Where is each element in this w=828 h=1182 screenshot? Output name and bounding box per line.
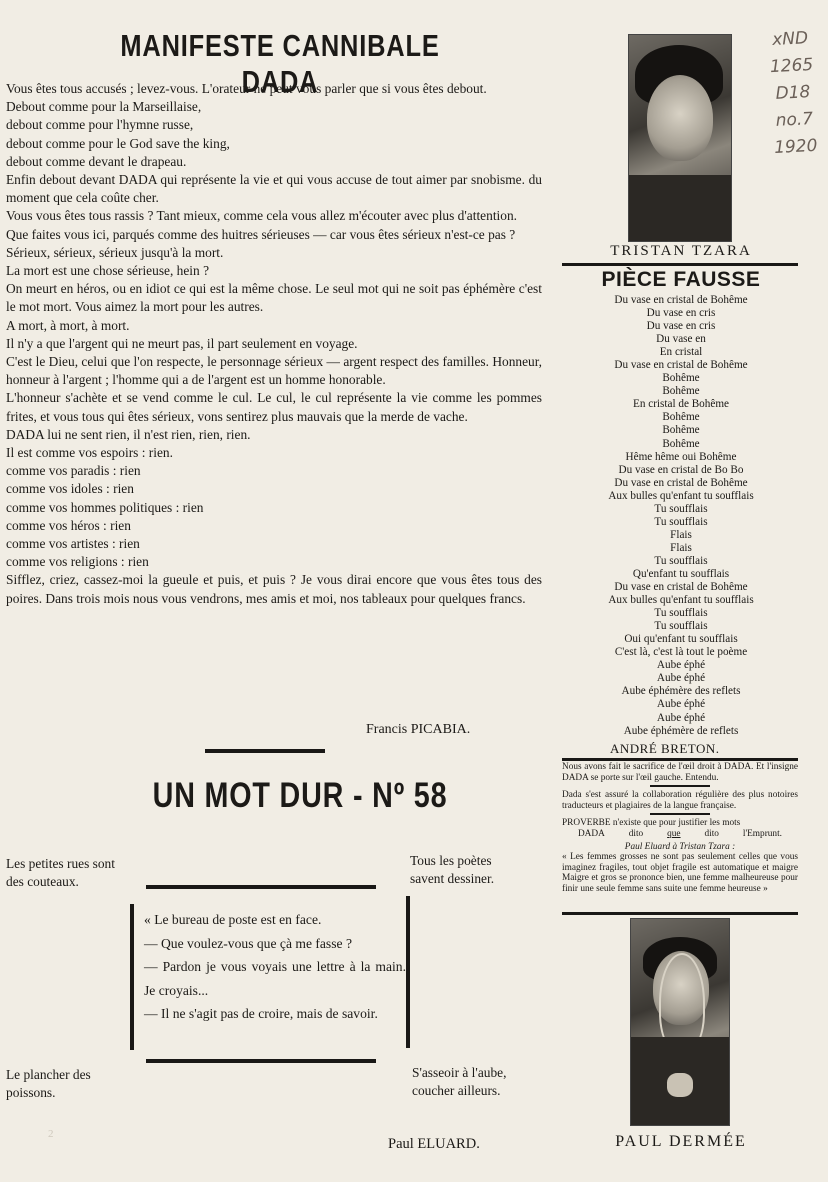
text-line: D18 bbox=[759, 78, 826, 108]
text-line: coucher ailleurs. bbox=[412, 1082, 506, 1100]
poem-line: Flais bbox=[566, 529, 796, 542]
paragraph: Enfin debout devant DADA qui représente … bbox=[6, 171, 542, 207]
poem-line: Du vase en cristal de Bohême bbox=[566, 477, 796, 490]
poem-line: Aube éphémère des reflets bbox=[566, 685, 796, 698]
text-line: Le plancher des bbox=[6, 1066, 91, 1084]
note-oeil: Nous avons fait le sacrifice de l'œil dr… bbox=[562, 762, 798, 783]
dialog-right-rule bbox=[406, 896, 410, 1048]
poem-line: Bohême bbox=[566, 411, 796, 424]
text-fragment: DADA bbox=[578, 829, 605, 840]
corner-bottom-right: S'asseoir à l'aube, coucher ailleurs. bbox=[412, 1064, 506, 1100]
dialog-top-rule bbox=[146, 885, 376, 889]
poem-line: Du vase en cristal de Bohême bbox=[566, 359, 796, 372]
poem-line: Aube éphémère de reflets bbox=[566, 725, 796, 738]
portrait-caption-dermee: PAUL DERMÉE bbox=[566, 1133, 796, 1151]
poem-line: En cristal de Bohême bbox=[566, 398, 796, 411]
text-line: S'asseoir à l'aube, bbox=[412, 1064, 506, 1082]
poem-line: Du vase en cristal de Bo Bo bbox=[566, 464, 796, 477]
poem-line: Bohême bbox=[566, 438, 796, 451]
text-fragment: dito bbox=[629, 829, 643, 840]
dialogue-line: — Que voulez-vous que çà me fasse ? bbox=[144, 932, 406, 956]
paragraph: A mort, à mort, à mort. bbox=[6, 317, 542, 335]
paragraph: Debout comme pour la Marseillaise, bbox=[6, 98, 542, 116]
paragraph: DADA lui ne sent rien, il n'est rien, ri… bbox=[6, 426, 542, 444]
poem-line: Du vase en cris bbox=[566, 320, 796, 333]
divider bbox=[562, 912, 798, 915]
paragraph: Vous êtes tous accusés ; levez-vous. L'o… bbox=[6, 80, 542, 98]
note-collaboration: Dada s'est assuré la collaboration régul… bbox=[562, 790, 798, 811]
piece-fausse-poem: Du vase en cristal de Bohême Du vase en … bbox=[566, 294, 796, 738]
paragraph: comme vos artistes : rien bbox=[6, 535, 542, 553]
poem-line: Aube éphé bbox=[566, 659, 796, 672]
dialogue-line: — Il ne s'agit pas de croire, mais de sa… bbox=[144, 1002, 406, 1026]
text-fragment: dito bbox=[704, 829, 718, 840]
portrait-caption-tzara: TRISTAN TZARA bbox=[566, 243, 796, 260]
note-proverbe-line2: DADA dito que dito l'Emprunt. bbox=[562, 829, 798, 840]
poem-line: C'est là, c'est là tout le poème bbox=[566, 646, 796, 659]
corner-bottom-left: Le plancher des poissons. bbox=[6, 1066, 91, 1102]
portrait-paul-dermee bbox=[630, 918, 730, 1126]
poem-line: En cristal bbox=[566, 346, 796, 359]
poem-line: Aube éphé bbox=[566, 698, 796, 711]
dialogue-box: « Le bureau de poste est en face. — Que … bbox=[144, 908, 406, 1026]
dialog-left-rule bbox=[130, 904, 134, 1050]
divider bbox=[562, 263, 798, 266]
piece-fausse-title: PIÈCE FAUSSE bbox=[566, 268, 796, 292]
piece-fausse-signature: ANDRÉ BRETON. bbox=[610, 741, 720, 757]
paragraph: comme vos hommes politiques : rien bbox=[6, 499, 542, 517]
poem-line: Hême hême oui Bohême bbox=[566, 451, 796, 464]
paragraph: comme vos idoles : rien bbox=[6, 480, 542, 498]
text-line: des couteaux. bbox=[6, 873, 115, 891]
text-fragment: l'Emprunt. bbox=[743, 829, 782, 840]
corner-top-left: Les petites rues sont des couteaux. bbox=[6, 855, 115, 891]
corner-top-right: Tous les poètes savent dessiner. bbox=[410, 852, 494, 888]
dialog-bottom-rule bbox=[146, 1059, 376, 1063]
poem-line: Aux bulles qu'enfant tu soufflais bbox=[566, 594, 796, 607]
page-number: 2 bbox=[48, 1128, 55, 1140]
paragraph: Que faites vous ici, parqués comme des h… bbox=[6, 226, 542, 244]
poem-line: Qu'enfant tu soufflais bbox=[566, 568, 796, 581]
paragraph: Il n'y a que l'argent qui ne meurt pas, … bbox=[6, 335, 542, 353]
poem-line: Tu soufflais bbox=[566, 516, 796, 529]
divider bbox=[650, 813, 710, 815]
poem-line: Flais bbox=[566, 542, 796, 555]
divider bbox=[205, 749, 325, 753]
text-line: Tous les poètes bbox=[410, 852, 494, 870]
paragraph: On meurt en héros, ou en idiot ce qui es… bbox=[6, 280, 542, 316]
poem-line: Bohême bbox=[566, 424, 796, 437]
paragraph: Il est comme vos espoirs : rien. bbox=[6, 444, 542, 462]
divider bbox=[562, 758, 798, 761]
text-line: xND bbox=[757, 24, 824, 54]
poem-line: Du vase en bbox=[566, 333, 796, 346]
poem-line: Aube éphé bbox=[566, 712, 796, 725]
poem-line: Tu soufflais bbox=[566, 607, 796, 620]
text-line: 1265 bbox=[758, 51, 825, 81]
manifeste-signature: Francis PICABIA. bbox=[366, 722, 470, 738]
portrait-tristan-tzara bbox=[628, 34, 732, 242]
paragraph: comme vos paradis : rien bbox=[6, 462, 542, 480]
paragraph: C'est le Dieu, celui que l'on respecte, … bbox=[6, 353, 542, 389]
poem-line: Du vase en cris bbox=[566, 307, 796, 320]
paragraph: La mort est une chose sérieuse, hein ? bbox=[6, 262, 542, 280]
eluard-quote: « Les femmes grosses ne sont pas seuleme… bbox=[562, 852, 798, 894]
eluard-heading: Paul Eluard à Tristan Tzara : bbox=[562, 842, 798, 853]
paragraph: comme vos héros : rien bbox=[6, 517, 542, 535]
paragraph: debout comme pour le God save the king, bbox=[6, 135, 542, 153]
poem-line: Oui qu'enfant tu soufflais bbox=[566, 633, 796, 646]
text-line: savent dessiner. bbox=[410, 870, 494, 888]
poem-line: Bohême bbox=[566, 385, 796, 398]
paragraph: Sérieux, sérieux, sérieux jusqu'à la mor… bbox=[6, 244, 542, 262]
mot-dur-signature: Paul ELUARD. bbox=[388, 1136, 480, 1153]
manifeste-body: Vous êtes tous accusés ; levez-vous. L'o… bbox=[6, 80, 542, 608]
paragraph: L'honneur s'achète et se vend comme le c… bbox=[6, 389, 542, 425]
poem-line: Bohême bbox=[566, 372, 796, 385]
text-line: Les petites rues sont bbox=[6, 855, 115, 873]
mot-dur-title: UN MOT DUR - Nº 58 bbox=[120, 776, 481, 816]
poem-line: Tu soufflais bbox=[566, 620, 796, 633]
dialogue-line: « Le bureau de poste est en face. bbox=[144, 908, 406, 932]
divider bbox=[650, 785, 710, 787]
poem-line: Du vase en cristal de Bohême bbox=[566, 294, 796, 307]
dialogue-line: — Pardon je vous voyais une lettre à la … bbox=[144, 955, 406, 1002]
paragraph: Sifflez, criez, cassez-moi la gueule et … bbox=[6, 571, 542, 607]
editorial-notes: Nous avons fait le sacrifice de l'œil dr… bbox=[562, 762, 798, 895]
paragraph: debout comme pour l'hymne russe, bbox=[6, 116, 542, 134]
poem-line: Tu soufflais bbox=[566, 503, 796, 516]
paragraph: comme vos religions : rien bbox=[6, 553, 542, 571]
handwritten-call-number: xND 1265 D18 no.7 1920 bbox=[757, 24, 828, 162]
poem-line: Tu soufflais bbox=[566, 555, 796, 568]
text-line: poissons. bbox=[6, 1084, 91, 1102]
poem-line: Aube éphé bbox=[566, 672, 796, 685]
note-proverbe: PROVERBE n'existe que pour justifier les… bbox=[562, 818, 798, 829]
poem-line: Aux bulles qu'enfant tu soufflais bbox=[566, 490, 796, 503]
text-line: no.7 bbox=[761, 105, 828, 135]
poem-line: Du vase en cristal de Bohême bbox=[566, 581, 796, 594]
paragraph: Vous vous êtes tous rassis ? Tant mieux,… bbox=[6, 207, 542, 225]
paragraph: debout comme devant le drapeau. bbox=[6, 153, 542, 171]
text-line: 1920 bbox=[762, 132, 828, 162]
text-fragment: que bbox=[667, 829, 680, 840]
